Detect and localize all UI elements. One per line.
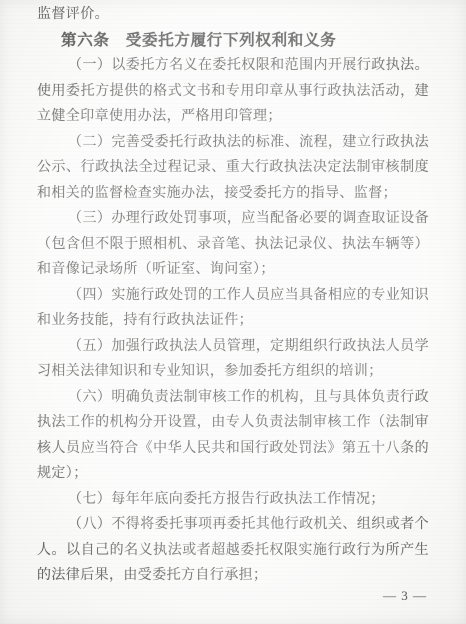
page-number: — 3 — [383,588,427,604]
clause-paragraph-1: （一）以委托方名义在委托权限和范围内开展行政执法。使用委托方提供的格式文书和专用… [37,53,429,130]
clause-paragraph-2: （二）完善受委托行政执法的标准、流程，建立行政执法公示、行政执法全过程记录、重大… [37,130,429,207]
clause-paragraph-4: （四）实施行政处罚的工作人员应当具备相应的专业知识和业务技能，持有行政执法证件； [37,283,429,334]
clause-paragraph-7: （七）每年年底向委托方报告行政执法工作情况； [37,487,429,513]
clause-paragraph-3: （三）办理行政处罚事项，应当配备必要的调查取证设备（包含但不限于照相机、录音笔、… [37,206,429,283]
clause-paragraph-5: （五）加强行政执法人员管理，定期组织行政执法人员学习相关法律知识和专业知识，参加… [37,334,429,385]
continuation-paragraph: 监督评价。 [37,2,429,28]
clause-paragraph-6: （六）明确负责法制审核工作的机构，且与具体负责行政执法工作的机构分开设置，由专人… [37,385,429,487]
scanned-document-page: 监督评价。 第六条 受委托方履行下列权利和义务 （一）以委托方名义在委托权限和范… [0,0,466,624]
clause-paragraph-8: （八）不得将委托事项再委托其他行政机关、组织或者个人。以自己的名义执法或者超越委… [37,512,429,589]
article-heading: 第六条 受委托方履行下列权利和义务 [37,28,429,54]
document-body: 监督评价。 第六条 受委托方履行下列权利和义务 （一）以委托方名义在委托权限和范… [37,2,429,589]
